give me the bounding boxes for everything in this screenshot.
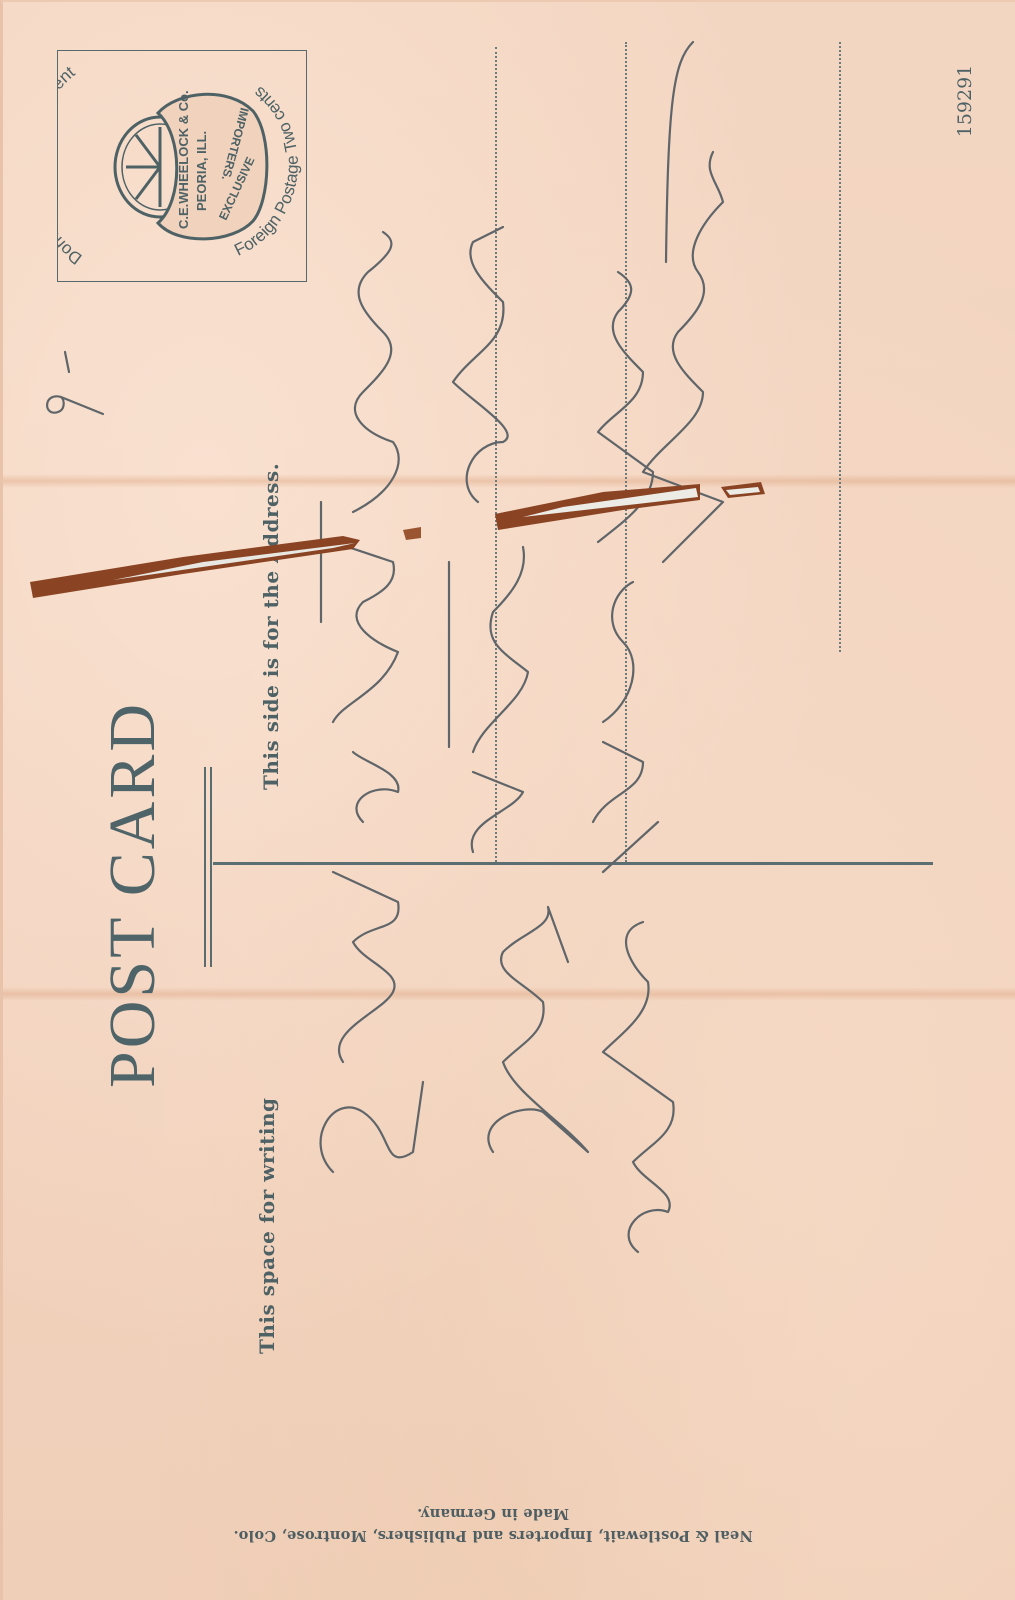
made-in-line: Made in Germany.	[133, 1502, 853, 1524]
publisher-imprint: Neal & Postlewait, Importers and Publish…	[133, 1502, 853, 1546]
postcard-back: Domestic Postage One cent Foreign Postag…	[0, 0, 1015, 1600]
handwriting-strokes-icon	[3, 2, 1015, 1600]
publisher-line: Neal & Postlewait, Importers and Publish…	[133, 1524, 853, 1546]
